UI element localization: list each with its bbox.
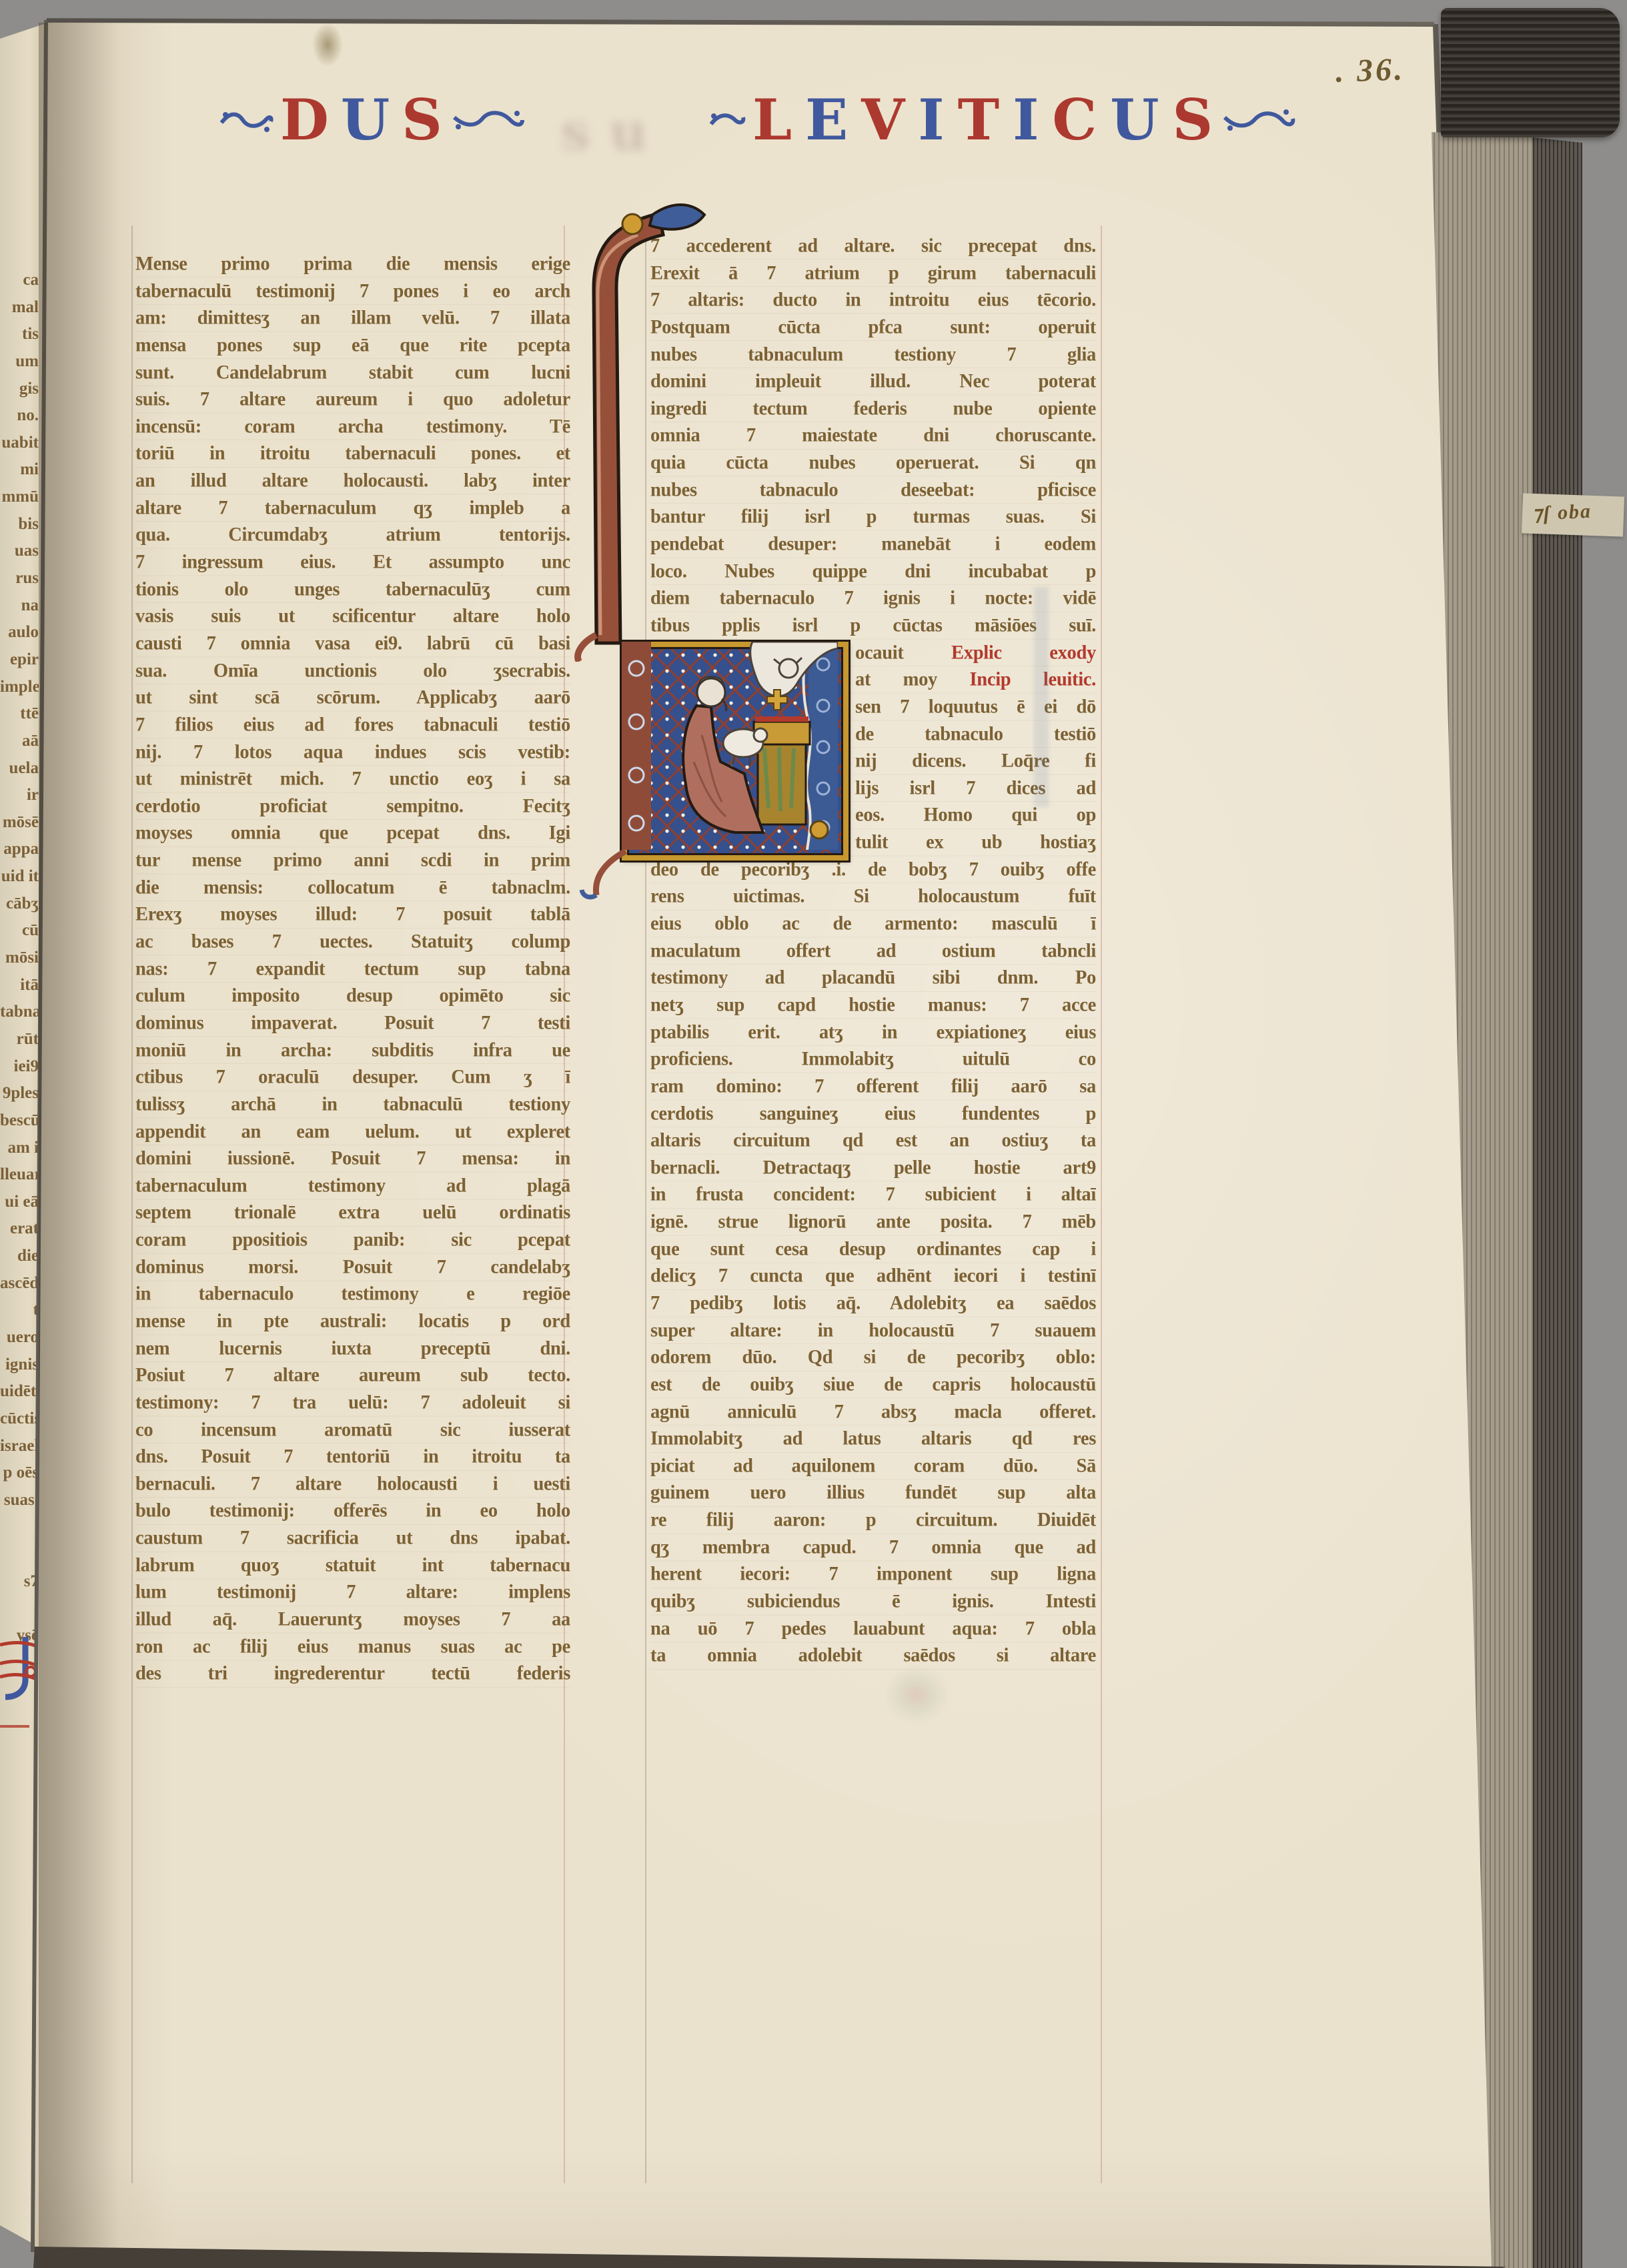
text-line: odorem dūo. Qd si de pecoribʒ oblo: [650, 1343, 1096, 1371]
show-through-band [1034, 587, 1049, 807]
header-letter: C [1052, 88, 1099, 152]
text-line: sua. Omīa unctionis olo ʒsecrabis. [135, 657, 570, 685]
facing-page-line: p oēs [0, 1460, 39, 1487]
facing-page-line: iei9 [0, 1053, 39, 1081]
facing-page-text: camaltisumgisno. qduabitmi emmmūbis moyu… [0, 267, 39, 1704]
text-line: septem trionalē extra uelū ordinatis [135, 1199, 570, 1227]
facing-page-line: 9ples [0, 1080, 39, 1107]
text-line: nij. 7 lotos aqua indues scis vestib: [135, 738, 570, 766]
text-line: que sunt cesa desup ordinantes cap i [650, 1235, 1096, 1263]
text-line: est de ouibʒ siue de capris holocaustū [650, 1371, 1096, 1399]
facing-page-line: uabit [0, 430, 39, 457]
facing-page-line: tabnac [0, 999, 39, 1026]
manuscript-photo: camaltisumgisno. qduabitmi emmmūbis moyu… [0, 0, 1627, 2268]
rubric-text: Incip leuitic. [970, 669, 1097, 690]
text-line: caustum 7 sacrificia ut dns ipabat. [135, 1524, 570, 1552]
text-line: cerdotis sanguineʒ eius fundentes p [650, 1100, 1096, 1128]
facing-page-line: uidēti [0, 1378, 39, 1405]
text-line: Mense primo prima die mensis erige [135, 250, 570, 278]
header-letter: S [402, 88, 445, 152]
facing-page-red-stroke [0, 1725, 29, 1728]
text-line: causti 7 omnia vasa ei9. labrū cū basi [135, 630, 570, 658]
text-line: bernaculi. 7 altare holocausti i uesti [135, 1470, 570, 1498]
text-line: agnū anniculū 7 absʒ macla offeret. [650, 1398, 1096, 1426]
facing-page-line: ui eā [0, 1189, 39, 1216]
text-line: loco. Nubes quippe dni incubabat p [650, 558, 1096, 586]
facing-page-line: mal [0, 294, 39, 322]
text-line: ta omnia adolebit saēdos si altare [650, 1642, 1096, 1670]
facing-page-line: bis moy [0, 511, 39, 538]
text-line: suis. 7 altare aureum i quo adoletur [135, 386, 570, 414]
text-line: maculatum offert ad ostium tabncli [650, 937, 1096, 965]
text-line: qua. Circumdabʒ atrium tentorijs. [135, 522, 570, 550]
text-line: Postquam cūcta pfca sunt: operuit [650, 314, 1096, 342]
rubric-text: Explic exody [951, 642, 1096, 663]
text-line: Erexʒ moyses illud: 7 posuit tablā [135, 901, 570, 929]
facing-page-line: mi em [0, 456, 39, 484]
facing-page-line: itā [0, 972, 39, 999]
text-line: testimony ad placandū sibi dnm. Po [650, 964, 1096, 992]
text-line: nas: 7 expandit tectum sup tabna [135, 955, 570, 983]
text-line: tur mense primo anni scdi in prim [135, 846, 570, 875]
facing-page-line: uela [0, 755, 39, 782]
facing-page-line: ignis p [0, 1351, 39, 1379]
header-flourish-icon [452, 100, 525, 140]
ruling-line [1101, 225, 1102, 2183]
text-line: altare 7 tabernaculum qʒ impleb a [135, 494, 570, 522]
text-line: 7 filios eius ad fores tabnaculi testiō [135, 711, 570, 739]
marginal-note: ⁊ſ oba [1522, 493, 1624, 536]
header-letter: D [280, 88, 332, 152]
facing-page-line: t nube [0, 1297, 39, 1324]
text-line: sunt. Candelabrum stabit cum lucni [135, 359, 570, 387]
text-column-right: 7 accederent ad altare. sic precepat dns… [650, 233, 1096, 1670]
facing-page-line: uas op [0, 538, 39, 565]
facing-page-line: mmū [0, 484, 39, 511]
text-line: incensū: coram archa testimony. Tē [135, 413, 570, 441]
text-line: coram ppositiois panib: sic pcepat [135, 1226, 570, 1254]
facing-page-line: bescū [0, 1107, 39, 1135]
header-flourish-icon [708, 100, 746, 140]
text-line: domini impleuit illud. Nec poterat [650, 368, 1096, 396]
text-line: bantur filij isrl p turmas suas. Si [650, 504, 1096, 532]
facing-page-line: lleuar [0, 1161, 39, 1189]
facing-page-line: suas. [0, 1487, 39, 1514]
text-line: ctibus 7 oraculū desuper. Cum ʒ ī [135, 1063, 570, 1091]
facing-page-line: appa [0, 836, 39, 863]
text-line: cerdotio proficiat sempitno. Fecitʒ [135, 792, 570, 820]
facing-page-line: s7 ditos [0, 1568, 39, 1596]
facing-page-line: die [0, 1243, 39, 1270]
header-flourish-icon [1222, 100, 1295, 140]
text-line: bernacli. Detractaqʒ pelle hostie art9 [650, 1154, 1096, 1182]
text-line: ocauit Explic exody [855, 639, 1096, 667]
facing-page-line: ascēde [0, 1270, 39, 1297]
facing-page-line: aulo [0, 619, 39, 646]
text-line: 7 pedibʒ lotis aq̄. Adolebitʒ ea saēdos [650, 1289, 1096, 1317]
initial-miniature [622, 642, 838, 850]
facing-page-line: imple [0, 674, 39, 701]
header-letter: E [805, 88, 851, 152]
text-line: dns. Posuit 7 tentoriū in itroitu ta [135, 1443, 570, 1471]
header-letter: U [341, 88, 392, 152]
text-line: 7 altaris: ducto in introitu eius tēcori… [650, 286, 1096, 314]
text-line: eius oblo ac de armento: masculū ī [650, 910, 1096, 938]
text-line: mense in pte australi: locatis p ord [135, 1307, 570, 1335]
facing-page-line: um [0, 348, 39, 376]
text-line: de tabnaculo testiō [855, 720, 1096, 748]
binding-corner [1441, 8, 1620, 137]
text-line: 7 ingressum eius. Et assumpto unc [135, 548, 570, 576]
text-line: ut sint scā scōrum. Applicabʒ aarō [135, 684, 570, 712]
facing-page-line: israel [0, 1433, 39, 1460]
facing-page-line: cū gla [0, 917, 39, 945]
illuminated-initial-bar [574, 195, 707, 662]
facing-page-line: uero [0, 1324, 39, 1351]
text-line: dominus morsi. Posuit 7 candelabʒ [135, 1253, 570, 1281]
text-line: Erexit ā 7 atrium p girum tabernaculi [650, 259, 1096, 288]
facing-page-line: na [0, 592, 39, 620]
facing-page-line: cābʒ [0, 891, 39, 918]
facing-page-line: uid it [0, 863, 39, 891]
text-line: at moy Incip leuitic. [855, 666, 1096, 694]
header-flourish-icon [220, 100, 274, 140]
text-line: tibus pplis isrl p cūctas māsiōes suī. [650, 612, 1096, 640]
facing-page-line: gis [0, 376, 39, 403]
text-line: tulit ex ub hostiaʒ [855, 828, 1096, 857]
initial-tail-ornament [579, 848, 639, 902]
facing-page-line: mōsi [0, 945, 39, 972]
text-line: moniū in archa: subditis infra ue [135, 1037, 570, 1065]
text-line: proficiens. Immolabitʒ uitulū co [650, 1045, 1096, 1073]
header-letter: U [1110, 88, 1161, 152]
text-line: re filij aaron: p circuitum. Diuidēt [650, 1506, 1096, 1534]
text-line: co incensum aromatū sic iusserat [135, 1416, 570, 1444]
facing-page-line: ir mōs [0, 782, 39, 809]
text-line: eos. Homo qui op [855, 802, 1096, 830]
text-line: labrum quoʒ statuit int tabernacu [135, 1552, 570, 1580]
text-line: tionis olo unges tabernaculūʒ cum [135, 576, 570, 604]
text-line: netʒ sup capd hostie manus: 7 acce [650, 991, 1096, 1019]
text-line: nubes tabnaculo deseebat: pficisce [650, 476, 1096, 504]
text-line: tabernaculum testimony ad plagā [135, 1172, 570, 1200]
text-line: ram domino: 7 offerent filij aarō sa [650, 1073, 1096, 1101]
facing-page-line: ca [0, 267, 39, 294]
header-letter: L [752, 88, 794, 152]
gutter-shadow [39, 23, 119, 2251]
text-line: lijs isrl 7 dices ad [855, 774, 1096, 802]
text-line: super altare: in holocaustū 7 suauem [650, 1317, 1096, 1345]
facing-page-line: epir [0, 646, 39, 674]
text-line: illud aq̄. Laueruntʒ moyses 7 aa [135, 1606, 570, 1634]
facing-page-line [0, 1541, 39, 1568]
text-line: nij dicens. Loq̄re fi [855, 747, 1096, 775]
text-line: appendit an eam uelum. ut expleret [135, 1118, 570, 1146]
text-line: testimony: 7 tra uelū: 7 adoleuit si [135, 1389, 570, 1417]
header-letter: I [1013, 88, 1041, 152]
text-line: an illud altare holocausti. labʒ inter [135, 467, 570, 495]
header-letters-left: DUS [280, 88, 445, 152]
text-column-left: Mense primo prima die mensis erigetabern… [135, 251, 570, 1688]
text-line: nem lucernis iuxta preceptū dni. [135, 1335, 570, 1363]
text-line: culum imposito desup opimēto sic [135, 982, 570, 1010]
text-line: guinem uero illius fundēt sup alta [650, 1480, 1096, 1508]
ruling-line [131, 225, 133, 2183]
text-line: Immolabitʒ ad latus altaris qd res [650, 1425, 1096, 1453]
facing-page-line: mōsē [0, 809, 39, 836]
facing-page-line [0, 1595, 39, 1622]
text-line: ut ministrēt mich. 7 unctio eoʒ i sa [135, 765, 570, 793]
text-line: dominus impaverat. Posuit 7 testi [135, 1009, 570, 1037]
text-line: sen 7 loquutus ē ei dō [855, 693, 1096, 721]
text-line: die mensis: collocatum ē tabnaclm. [135, 874, 570, 902]
facing-page-line: tis [0, 321, 39, 348]
text-line: omnia 7 maiestate dni choruscante. [650, 422, 1096, 450]
text-line: altaris circuitum qd est an ostiuʒ ta [650, 1127, 1096, 1155]
text-line: Posiut 7 altare aureum sub tecto. [135, 1361, 570, 1389]
facing-page-line: rus cū [0, 565, 39, 592]
text-line: ignē. strue lignorū ante posita. 7 mēb [650, 1208, 1096, 1236]
text-line: vasis suis ut scificentur altare holo [135, 603, 570, 631]
text-line: in frusta concident: 7 subicient i altaī [650, 1181, 1096, 1209]
facing-page-line: cūctis [0, 1405, 39, 1433]
facing-page-line: rūt isl [0, 1026, 39, 1053]
text-line: rens uictimas. Si holocaustum fuīt [650, 883, 1096, 911]
text-line: piciat ad aquilonem coram dūo. Sā [650, 1452, 1096, 1480]
text-line: in tabernaculo testimony e regiōe [135, 1281, 570, 1309]
text-line: am: dimittesʒ an illam velū. 7 illata [135, 304, 570, 332]
facing-page-line [0, 1514, 39, 1541]
text-line: mensa pones sup eā que rite pcepta [135, 332, 570, 360]
facing-page-line: am i [0, 1135, 39, 1162]
text-line: delicʒ 7 cuncta que adhēnt iecori i test… [650, 1263, 1096, 1291]
text-line: ingredi tectum federis nube opiente [650, 395, 1096, 423]
text-line: des tri ingrederentur tectū federis [135, 1660, 570, 1688]
text-line: ptabilis erit. atʒ in expiationeʒ eius [650, 1019, 1096, 1047]
header-letter: S [1173, 88, 1216, 152]
text-line: tulissʒ archā in tabnaculū testiony [135, 1091, 570, 1119]
text-line: nubes tabnaculum testiony 7 glia [650, 341, 1096, 369]
text-line: tabernaculū testimonij 7 pones i eo arch [135, 277, 570, 306]
text-line: moyses omnia que pcepat dns. Igi [135, 820, 570, 848]
text-line: 7 accederent ad altare. sic precepat dns… [650, 232, 1096, 260]
facing-page-line: no. qd [0, 402, 39, 430]
text-line: herent iecori: 7 imponent sup ligna [650, 1561, 1096, 1589]
show-through-initial [885, 1666, 949, 1724]
text-line: bulo testimonij: offerēs in eo holo [135, 1498, 570, 1526]
text-line: qʒ membra capud. 7 omnia que ad [650, 1534, 1096, 1562]
header-letters-right: LEVITICUS [752, 88, 1215, 152]
header-offset-ghost: s u [560, 100, 648, 163]
text-line: pendebat desuper: manebāt i eodem [650, 530, 1096, 558]
header-letter: T [958, 88, 1003, 152]
folio-number: . 36. [1335, 51, 1406, 90]
text-line: quia cūcta nubes operuerat. Si qn [650, 449, 1096, 477]
running-header-left: DUS [220, 88, 525, 152]
ink-stain [312, 23, 343, 67]
text-line: na uō 7 pedes lauabunt aqua: 7 obla [650, 1615, 1096, 1643]
facing-page-line: erat n [0, 1215, 39, 1243]
text-line: lum testimonij 7 altare: implens [135, 1579, 570, 1607]
text-line: ron ac filij eius manus suas ac pe [135, 1633, 570, 1661]
text-line: ac bases 7 uectes. Statuitʒ colump [135, 928, 570, 956]
text-line: quibʒ subiciendus ē ignis. Intesti [650, 1588, 1096, 1616]
facing-page-line: aā [0, 728, 39, 755]
header-letter: V [861, 88, 907, 152]
text-line: diem tabernaculo 7 ignis i nocte: vidē [650, 585, 1096, 613]
text-line: domini iussionē. Posuit 7 mensa: in [135, 1145, 570, 1173]
facing-page-line: ttē [0, 700, 39, 728]
running-header-right: LEVITICUS [708, 88, 1295, 152]
header-letter: I [918, 88, 947, 152]
text-line: toriū in itroitu tabernaculi pones. et [135, 440, 570, 468]
